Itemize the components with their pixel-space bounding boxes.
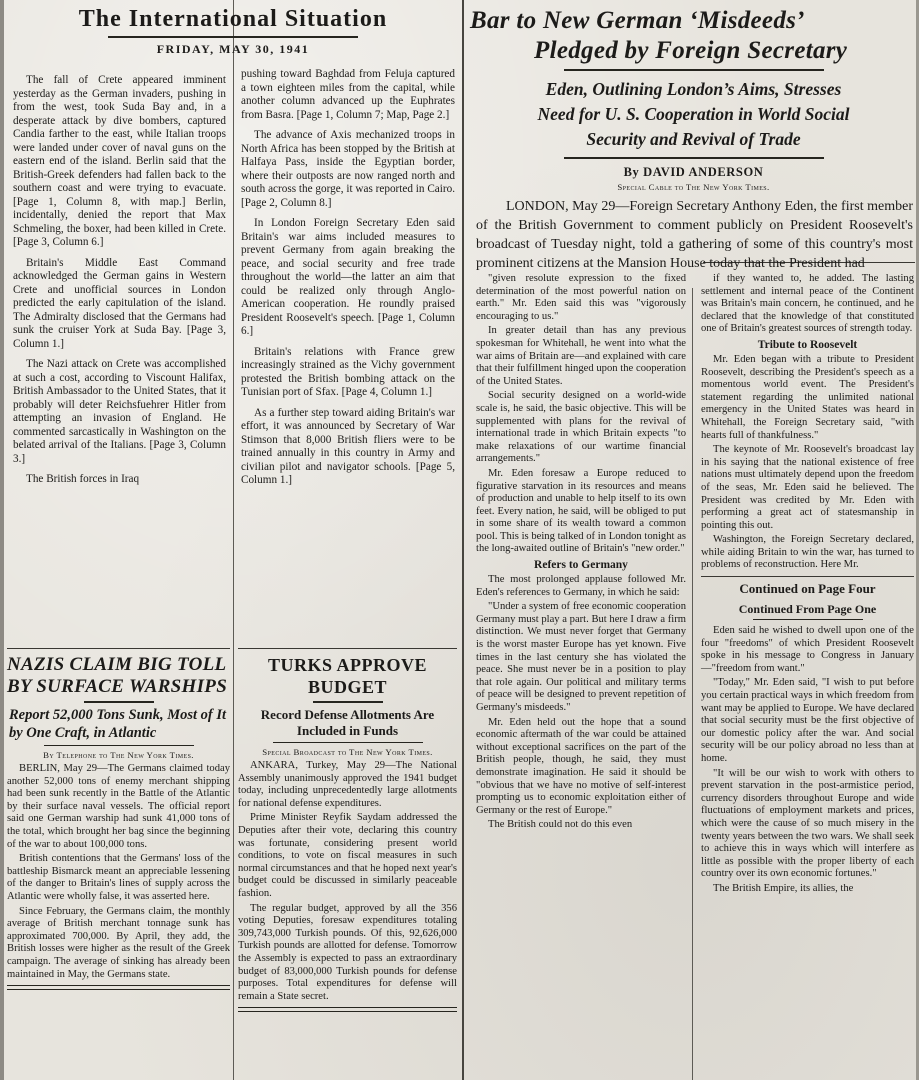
deck-rule	[44, 745, 194, 746]
eden-credit: Special Cable to The New York Times.	[466, 182, 919, 192]
eden-paragraph: The British could not do this even	[476, 819, 686, 832]
intl-situation-date: FRIDAY, MAY 30, 1941	[10, 42, 456, 57]
eden-paragraph: Eden said he wished to dwell upon one of…	[701, 625, 914, 675]
continued-from-page-one: Continued From Page One	[701, 602, 914, 617]
eden-deck-line1: Eden, Outlining London’s Aims, Stresses	[470, 77, 917, 102]
column-rule-left-half	[233, 0, 234, 1080]
nazis-headline-line2: BY SURFACE WARSHIPS	[7, 676, 230, 698]
title-rule	[108, 36, 358, 38]
eden-column-2: if they wanted to, he added. The lasting…	[693, 273, 919, 898]
eden-headline: Bar to New German ‘Misdeeds’ Pledged by …	[466, 0, 919, 66]
intl-paragraph: The advance of Axis mechanized troops in…	[241, 129, 455, 210]
intl-column-1: The fall of Crete appeared imminent yest…	[13, 74, 226, 494]
eden-paragraph: Mr. Eden began with a tribute to Preside…	[701, 354, 914, 442]
eden-paragraph: In greater detail than has any previous …	[476, 325, 686, 388]
eden-deck-line2: Need for U. S. Cooperation in World Soci…	[470, 102, 917, 127]
eden-paragraph: "Today," Mr. Eden said, "I wish to put b…	[701, 677, 914, 765]
newspaper-page: The International Situation FRIDAY, MAY …	[0, 0, 919, 1080]
turks-headline: TURKS APPROVE BUDGET	[238, 654, 457, 698]
turks-deck: Record Defense Allotments Are Included i…	[246, 707, 449, 739]
intl-situation-header: The International Situation FRIDAY, MAY …	[10, 6, 456, 57]
intl-paragraph: pushing toward Baghdad from Feluja captu…	[241, 68, 455, 122]
eden-headline-line2: Pledged by Foreign Secretary	[470, 36, 915, 66]
intl-situation-title: The International Situation	[10, 6, 456, 33]
column-rule-page-split	[462, 0, 464, 1080]
subhead-refers-to-germany: Refers to Germany	[476, 559, 686, 571]
eden-paragraph: "It will be our wish to work with others…	[701, 768, 914, 881]
intl-paragraph: Britain's Middle East Command acknowledg…	[13, 257, 226, 352]
eden-article: Bar to New German ‘Misdeeds’ Pledged by …	[466, 0, 919, 898]
article-end-rule	[238, 1007, 457, 1012]
turks-credit: Special Broadcast to The New York Times.	[238, 747, 457, 757]
intl-paragraph: The British forces in Iraq	[13, 473, 226, 487]
eden-paragraph: The keynote of Mr. Roosevelt's broadcast…	[701, 444, 914, 532]
eden-lead-paragraph: LONDON, May 29—Foreign Secretary Anthony…	[466, 195, 919, 273]
eden-paragraph: Mr. Eden foresaw a Europe reduced to fig…	[476, 468, 686, 556]
intl-paragraph: Britain's relations with France grew inc…	[241, 346, 455, 400]
eden-deck-line3: Security and Revival of Trade	[470, 127, 917, 152]
headline-rule	[313, 701, 383, 703]
eden-deck: Eden, Outlining London’s Aims, Stresses …	[466, 75, 919, 154]
intl-paragraph: The fall of Crete appeared imminent yest…	[13, 74, 226, 250]
nazis-paragraph: BERLIN, May 29—The Germans claimed today…	[7, 763, 230, 851]
nazis-credit: By Telephone to The New York Times.	[7, 750, 230, 760]
nazis-headline: NAZIS CLAIM BIG TOLL BY SURFACE WARSHIPS	[7, 654, 230, 698]
intl-paragraph: The Nazi attack on Crete was accomplishe…	[13, 358, 226, 466]
intl-paragraph: In London Foreign Secretary Eden said Br…	[241, 217, 455, 339]
turks-paragraph: ANKARA, Turkey, May 29—The National Asse…	[238, 760, 457, 810]
eden-paragraph: "Under a system of free economic coopera…	[476, 601, 686, 714]
nazis-paragraph: Since February, the Germans claim, the m…	[7, 906, 230, 982]
eden-column-1: "given resolute expression to the fixed …	[466, 273, 693, 898]
nazis-headline-line1: NAZIS CLAIM BIG TOLL	[7, 654, 230, 676]
continued-on-page-four: Continued on Page Four	[701, 576, 914, 597]
eden-paragraph: Washington, the Foreign Secretary declar…	[701, 534, 914, 572]
eden-headline-line1: Bar to New German ‘Misdeeds’	[470, 6, 915, 36]
subhead-tribute-to-roosevelt: Tribute to Roosevelt	[701, 339, 914, 351]
turks-paragraph: Prime Minister Reyfik Saydam addressed t…	[238, 812, 457, 900]
continued-rule	[753, 619, 863, 620]
eden-paragraph: The British Empire, its allies, the	[701, 883, 914, 896]
intl-paragraph: As a further step toward aiding Britain'…	[241, 407, 455, 488]
eden-columns: "given resolute expression to the fixed …	[466, 273, 919, 898]
eden-paragraph: "given resolute expression to the fixed …	[476, 273, 686, 323]
eden-byline: By DAVID ANDERSON	[466, 165, 919, 180]
eden-paragraph: if they wanted to, he added. The lasting…	[701, 273, 914, 336]
eden-paragraph: Mr. Eden held out the hope that a sound …	[476, 717, 686, 818]
article-end-rule	[7, 985, 230, 990]
deck-rule	[273, 742, 423, 743]
eden-paragraph: The most prolonged applause followed Mr.…	[476, 574, 686, 599]
headline-rule	[84, 701, 154, 703]
intl-column-2: pushing toward Baghdad from Feluja captu…	[241, 68, 455, 495]
deck-rule	[564, 157, 824, 159]
headline-rule	[564, 69, 824, 71]
nazis-deck: Report 52,000 Tons Sunk, Most of It by O…	[9, 707, 228, 742]
turks-paragraph: The regular budget, approved by all the …	[238, 903, 457, 1004]
nazis-paragraph: British contentions that the Germans' lo…	[7, 853, 230, 903]
nazis-article: NAZIS CLAIM BIG TOLL BY SURFACE WARSHIPS…	[7, 648, 230, 990]
eden-paragraph: Social security designed on a world-wide…	[476, 390, 686, 466]
turks-article: TURKS APPROVE BUDGET Record Defense Allo…	[238, 648, 457, 1012]
nazis-body: BERLIN, May 29—The Germans claimed today…	[7, 763, 230, 981]
turks-body: ANKARA, Turkey, May 29—The National Asse…	[238, 760, 457, 1003]
